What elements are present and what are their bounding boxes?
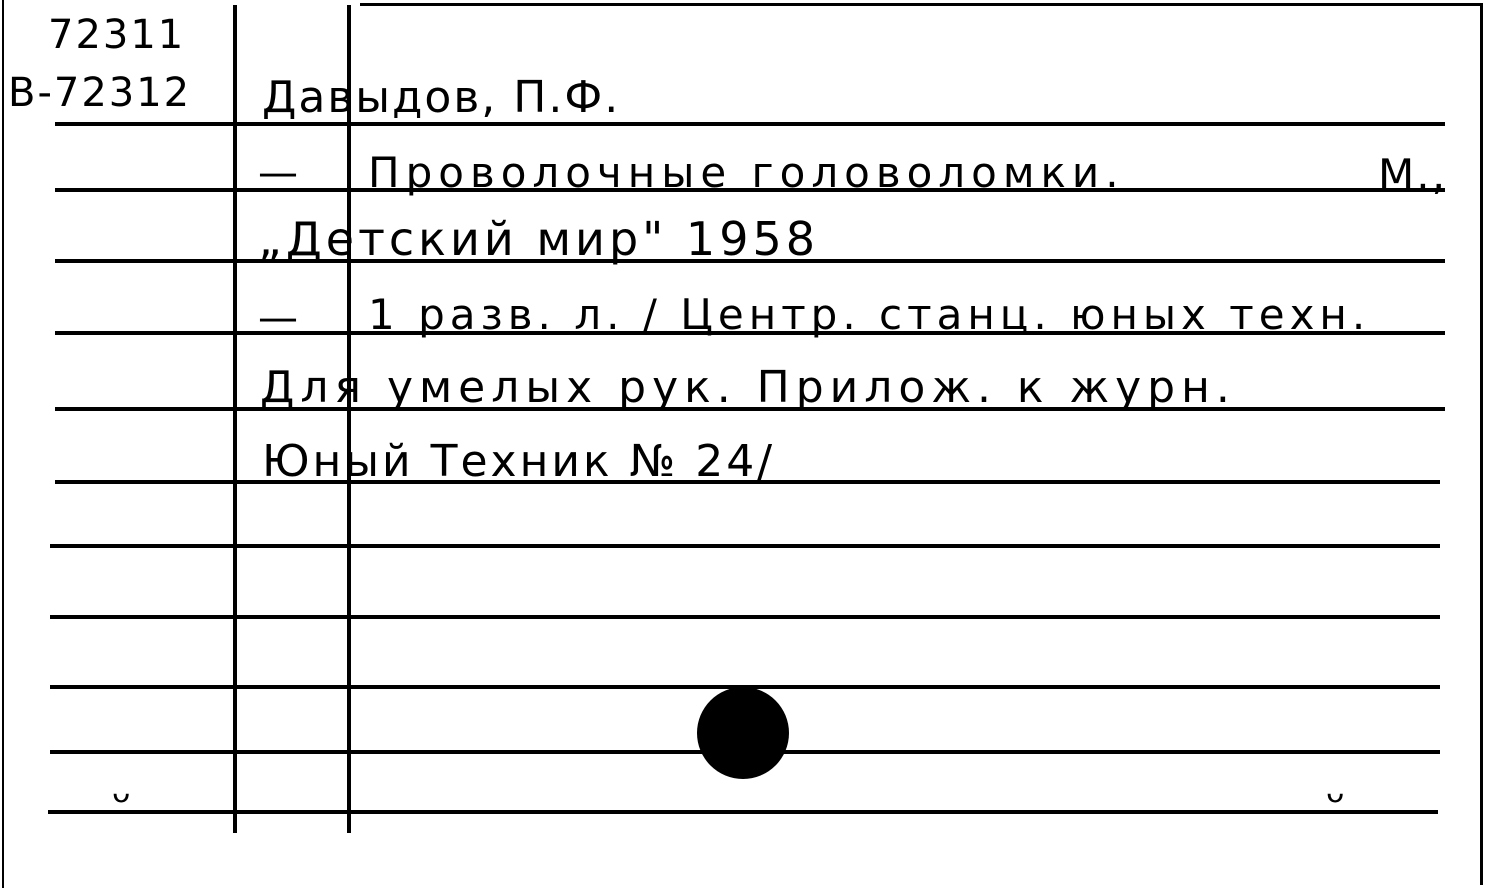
- catalog-card: 72311 B-72312 Давыдов, П.Ф. — — Проволоч…: [0, 0, 1488, 888]
- entry-dash-2: —: [258, 295, 300, 341]
- journal-text: Юный Техник № 24/: [262, 436, 775, 487]
- margin-line-left: [233, 5, 237, 833]
- check-mark-left: ᴗ: [112, 775, 130, 810]
- place-text: М.,: [1378, 150, 1447, 199]
- extent-text: 1 разв. л. / Центр. станц. юных техн.: [368, 290, 1370, 339]
- series-text: Для умелых рук. Прилож. к журн.: [260, 362, 1236, 413]
- author-heading: Давыдов, П.Ф.: [262, 72, 620, 123]
- rule-line: [50, 544, 1440, 548]
- call-number-2: B-72312: [8, 70, 191, 116]
- margin-line-right: [347, 5, 351, 833]
- call-number-1: 72311: [48, 12, 185, 58]
- card-left-border: [2, 0, 4, 888]
- publisher-year-text: „Детский мир" 1958: [258, 212, 819, 266]
- title-text: Проволочные головоломки.: [368, 148, 1125, 197]
- punch-hole: [697, 687, 789, 779]
- rule-line: [48, 810, 1438, 814]
- entry-dash: —: [258, 150, 300, 196]
- card-top-border: [360, 3, 1482, 6]
- check-mark-right: ᴗ: [1326, 775, 1344, 810]
- rule-line: [50, 615, 1440, 619]
- card-right-border: [1480, 3, 1483, 885]
